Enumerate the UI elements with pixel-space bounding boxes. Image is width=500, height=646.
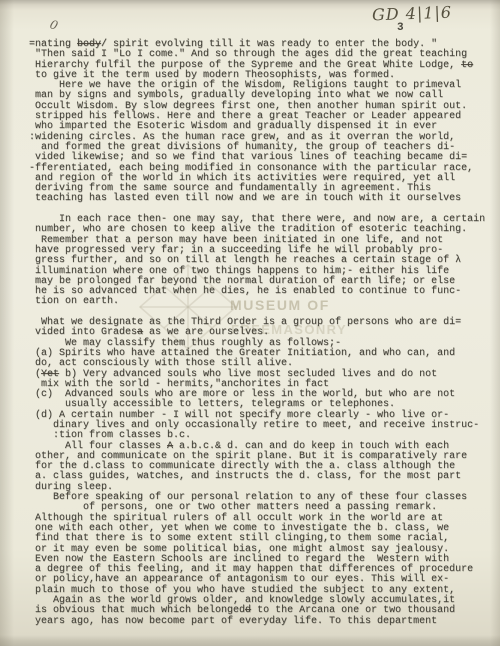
typed-lines: =nating body/ spirit evolving till it wa… — [29, 40, 485, 627]
typed-line: find that there is to some extent still … — [29, 534, 485, 544]
document-page: MUSEUM OF FREEMASONRY 0 GD 4|1|6 3 =nati… — [0, 0, 500, 646]
handwritten-corner-mark: 0 — [48, 17, 60, 33]
typed-line: teaching has lasted even till now and we… — [29, 194, 485, 204]
typed-line: do, act consciously with those still ali… — [29, 359, 485, 369]
page-number: 3 — [397, 22, 404, 34]
archive-reference-handwritten: GD 4|1|6 — [372, 3, 453, 25]
typed-line: years ago, has now become part of everyd… — [29, 617, 485, 627]
typed-line: gress further, and so on till at length … — [29, 256, 485, 266]
typed-line: tion on earth. — [29, 297, 485, 307]
